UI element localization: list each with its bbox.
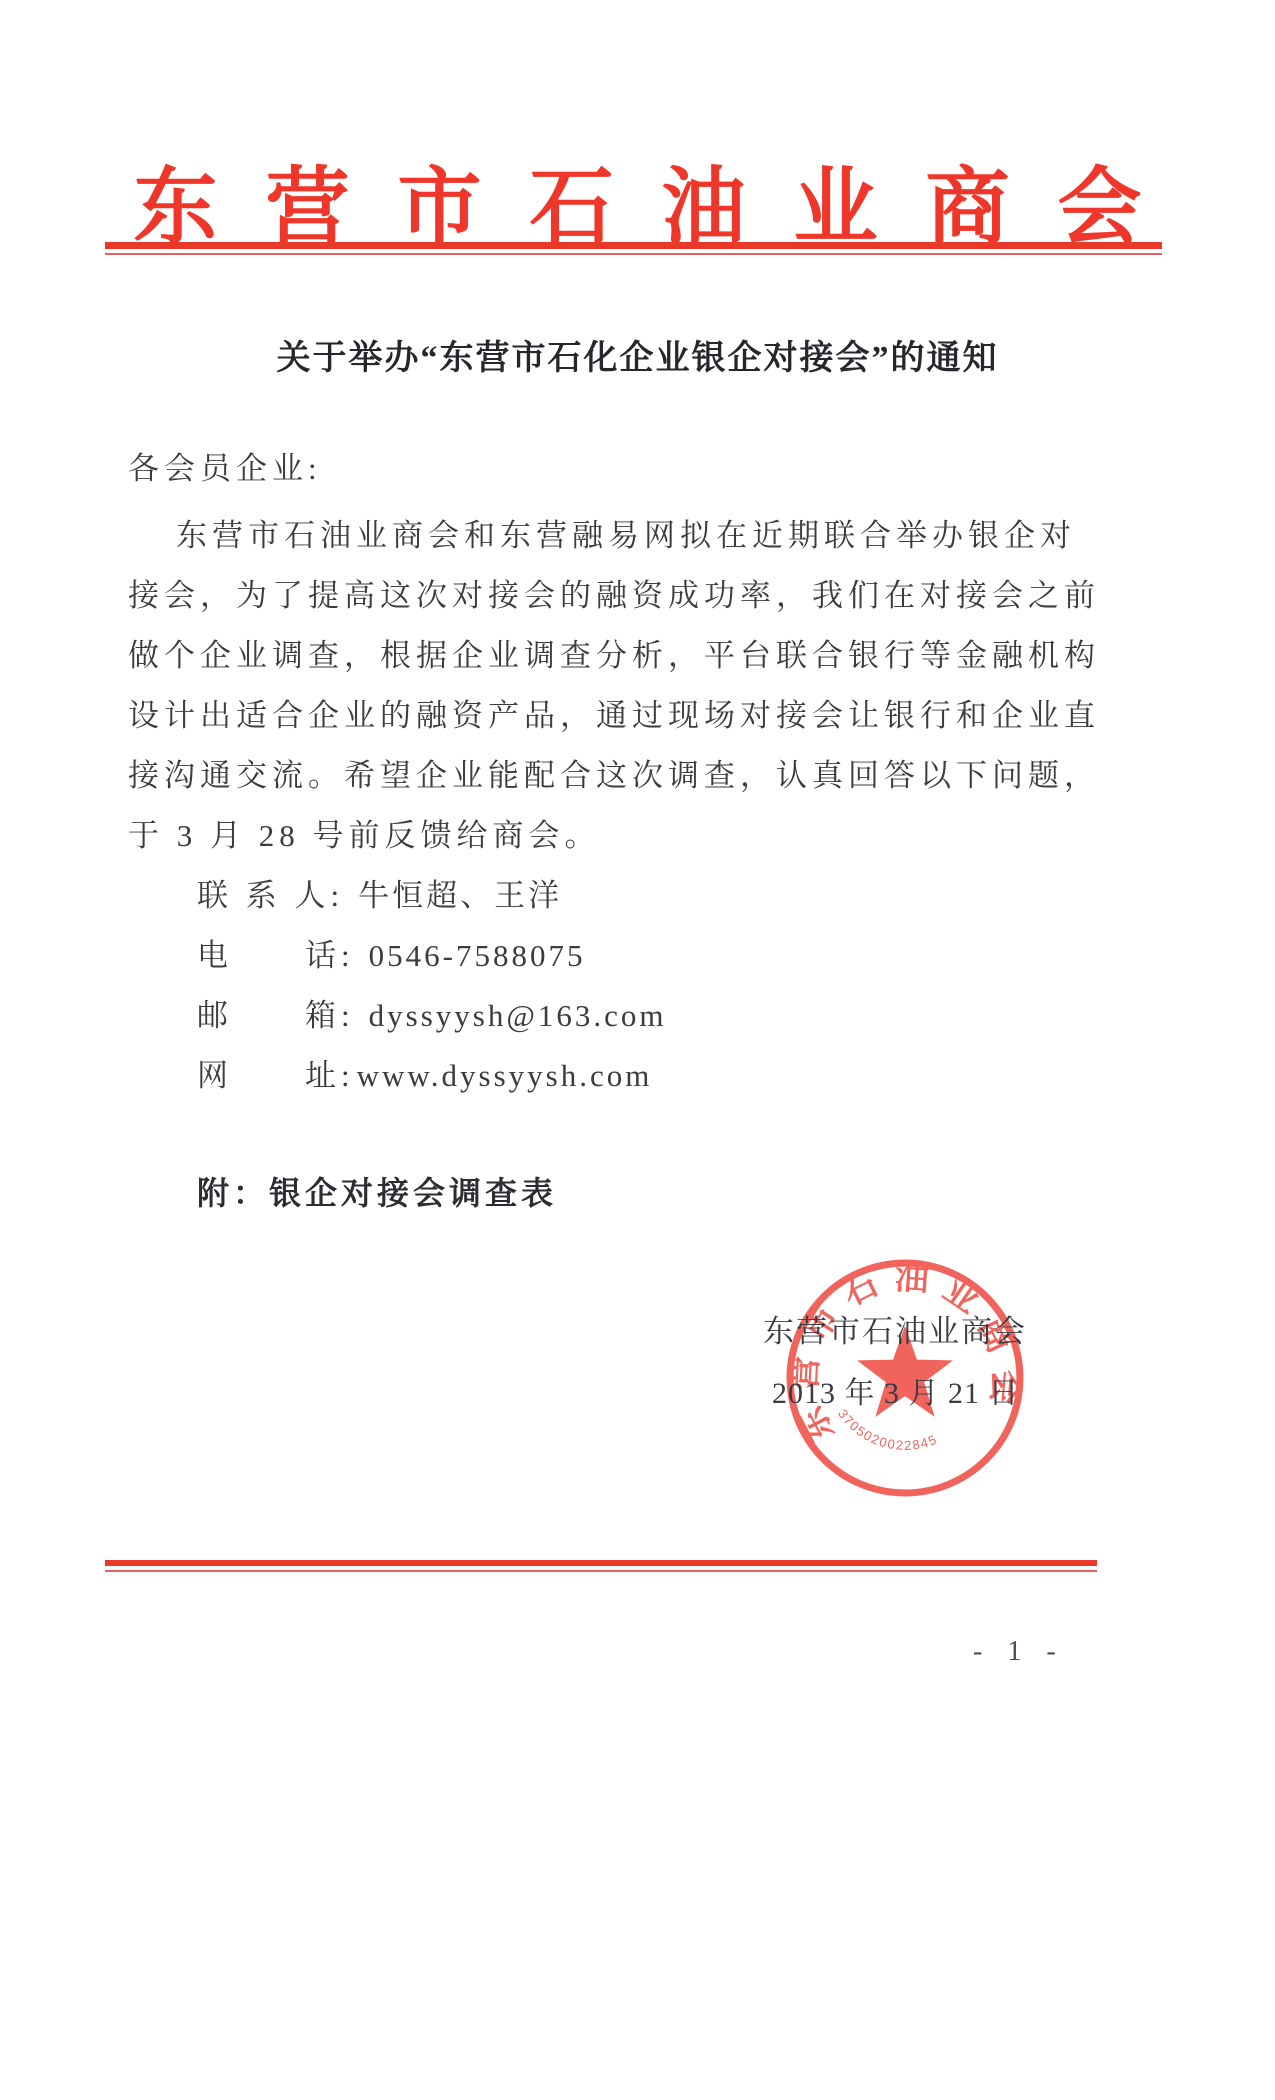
contact-row-person: 联 系 人:牛恒超、王洋 — [197, 870, 562, 915]
contact-label: 联 系 人: — [197, 878, 344, 913]
document-title: 关于举办“东营市石化企业银企对接会”的通知 — [0, 330, 1275, 379]
paragraph-line: 东营市石油业商会和东营融易网拟在近期联合举办银企对 — [176, 510, 1076, 550]
page-number: - 1 - — [973, 1636, 1065, 1668]
contact-value: 牛恒超、王洋 — [358, 878, 562, 913]
paragraph-line: 设计出适合企业的融资产品，通过现场对接会让银行和企业直 — [128, 690, 1100, 730]
contact-label: 网 址: — [197, 1058, 355, 1093]
stamp-code: 3705020022845 — [835, 1406, 940, 1453]
contact-row-website: 网 址:www.dyssyysh.com — [197, 1050, 652, 1095]
salutation: 各会员企业: — [128, 443, 322, 488]
paragraph-line: 于 3 月 28 号前反馈给商会。 — [128, 810, 601, 850]
document-page: 东营市石油业商会 关于举办“东营市石化企业银企对接会”的通知 各会员企业: 东营… — [0, 0, 1275, 2100]
letterhead-rule-thin — [105, 253, 1162, 255]
contact-value: www.dyssyysh.com — [357, 1058, 653, 1093]
footer-rule-thick — [105, 1560, 1097, 1566]
contact-label: 邮 箱: — [197, 998, 355, 1033]
contact-label: 电 话: — [197, 938, 355, 973]
contact-value: dyssyysh@163.com — [369, 998, 667, 1033]
paragraph-line: 做个企业调查，根据企业调查分析，平台联合银行等金融机构 — [128, 630, 1100, 670]
contact-row-email: 邮 箱:dyssyysh@163.com — [197, 990, 667, 1035]
footer-rule-thin — [105, 1570, 1097, 1572]
letterhead-rule-thick — [105, 242, 1162, 249]
signature-date: 2013 年 3 月 21 日 — [772, 1368, 1020, 1412]
contact-row-phone: 电 话:0546-7588075 — [197, 930, 585, 975]
contact-value: 0546-7588075 — [369, 938, 586, 973]
paragraph-line: 接沟通交流。希望企业能配合这次调查，认真回答以下问题， — [128, 750, 1100, 790]
paragraph-line: 接会，为了提高这次对接会的融资成功率，我们在对接会之前 — [128, 570, 1100, 610]
signature-org: 东营市石油业商会 — [763, 1306, 1027, 1351]
attachment-note: 附：银企对接会调查表 — [197, 1168, 557, 1214]
